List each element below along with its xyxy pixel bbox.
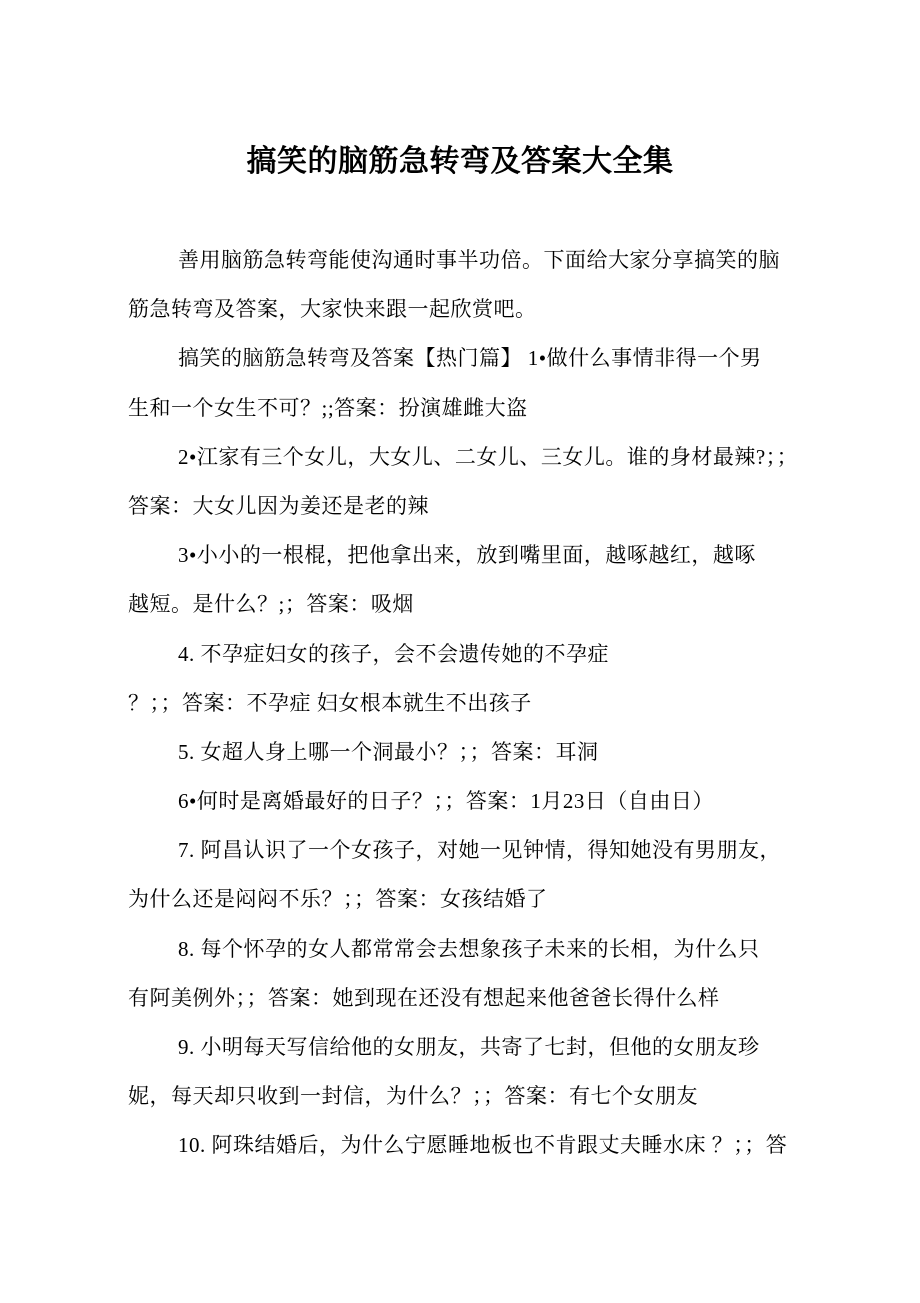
text-line: 9. 小明每天写信给他的女朋友，共寄了七封，但他的女朋友珍 bbox=[128, 1023, 820, 1072]
text-line: 8. 每个怀孕的女人都常常会去想象孩子未来的长相，为什么只 bbox=[128, 925, 820, 974]
document-page: 搞笑的脑筋急转弯及答案大全集 善用脑筋急转弯能使沟通时事半功倍。下面给大家分享搞… bbox=[0, 0, 920, 1303]
text-line: 6•何时是离婚最好的日子？；；答案：1月23日（自由日） bbox=[128, 777, 820, 826]
text-line: 7. 阿昌认识了一个女孩子，对她一见钟情，得知她没有男朋友， bbox=[128, 826, 820, 875]
text-line: 生和一个女生不可？;;答案：扮演雄雌大盗 bbox=[128, 384, 820, 433]
text-line: 4. 不孕症妇女的孩子，会不会遗传她的不孕症 bbox=[128, 630, 820, 679]
text-line: 答案：大女儿因为姜还是老的辣 bbox=[128, 482, 820, 531]
text-line: 筋急转弯及答案，大家快来跟一起欣赏吧。 bbox=[128, 285, 820, 334]
text-line: ？；；答案：不孕症 妇女根本就生不出孩子 bbox=[128, 679, 820, 728]
text-line: 10. 阿珠结婚后，为什么宁愿睡地板也不肯跟丈夫睡水床 ？；；答 bbox=[128, 1121, 820, 1170]
text-line: 善用脑筋急转弯能使沟通时事半功倍。下面给大家分享搞笑的脑 bbox=[128, 236, 820, 285]
text-line: 搞笑的脑筋急转弯及答案【热门篇】 1•做什么事情非得一个男 bbox=[128, 334, 820, 383]
text-line: 越短。是什么？;；答案：吸烟 bbox=[128, 580, 820, 629]
text-line: 妮，每天却只收到一封信，为什么？；；答案：有七个女朋友 bbox=[128, 1072, 820, 1121]
text-line: 2•江家有三个女儿，大女儿、二女儿、三女儿。谁的身材最辣?；； bbox=[128, 433, 820, 482]
document-title: 搞笑的脑筋急转弯及答案大全集 bbox=[0, 136, 920, 180]
text-line: 有阿美例外；；答案：她到现在还没有想起来他爸爸长得什么样 bbox=[128, 974, 820, 1023]
text-line: 3•小小的一根棍，把他拿出来，放到嘴里面，越啄越红，越啄 bbox=[128, 531, 820, 580]
text-line: 5. 女超人身上哪一个洞最小？；；答案：耳洞 bbox=[128, 728, 820, 777]
text-line: 为什么还是闷闷不乐？；；答案：女孩结婚了 bbox=[128, 875, 820, 924]
document-body: 善用脑筋急转弯能使沟通时事半功倍。下面给大家分享搞笑的脑筋急转弯及答案，大家快来… bbox=[128, 236, 820, 1171]
